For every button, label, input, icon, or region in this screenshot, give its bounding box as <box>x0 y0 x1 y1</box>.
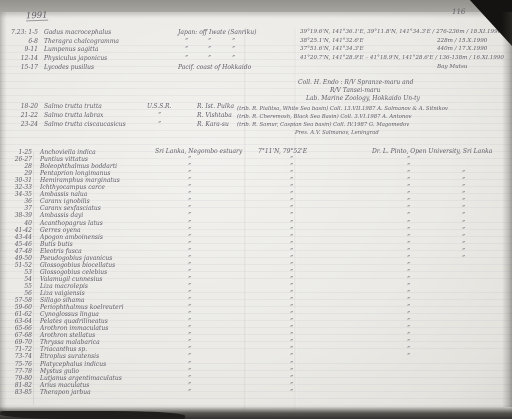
ditto-mark: ” <box>188 361 191 368</box>
ditto-mark: ” <box>188 382 191 389</box>
ditto-mark: ” <box>407 156 410 163</box>
ditto-mark: ” <box>290 212 293 219</box>
species-name: Acanthopagrus latus <box>40 220 103 227</box>
ditto-mark: ” <box>185 46 188 53</box>
annotation-row: (trib. R. Cheremosh, Black Sea Basin) Co… <box>0 114 512 121</box>
presented-by-note: Pres. A.V. Salmanov, Leningrad <box>295 130 379 137</box>
species-name: Liza macrolepis <box>40 283 88 290</box>
depth-date-note: 228m / 15.X.1990 <box>437 38 487 45</box>
register-row: 30-31 Hemiramphus marginatus ” ” ” ” <box>0 177 512 184</box>
year-label: 1991 <box>26 13 48 22</box>
ditto-mark: ” <box>290 255 293 262</box>
ditto-mark: ” <box>188 156 191 163</box>
register-row: 53 Glossogobius celebius ” ” ” <box>0 269 512 276</box>
ditto-mark: ” <box>290 346 293 353</box>
register-row: 6-8 Theragra chalcogramma ” ” ” 38°25.1'… <box>0 38 512 45</box>
ditto-mark: ” <box>290 156 293 163</box>
ditto-mark: ” <box>407 248 410 255</box>
ditto-mark: ” <box>290 234 293 241</box>
register-row: 57-58 Sillago sihama ” ” ” <box>0 297 512 304</box>
ditto-mark: ” <box>407 227 410 234</box>
register-row: 43-44 Apogon amboinensis ” ” ” ” <box>0 234 512 241</box>
ditto-mark: ” <box>188 163 191 170</box>
collection-annotation: (trib. R. Cheremosh, Black Sea Basin) Co… <box>237 114 412 121</box>
register-row: 41-42 Gerres oyena ” ” ” ” <box>0 227 512 234</box>
page-edge-shadow-right <box>502 12 512 407</box>
ditto-mark: ” <box>290 283 293 290</box>
species-name: Ambassis nalua <box>40 191 87 198</box>
catalog-number: 7.23: 1-5 <box>2 29 38 36</box>
ditto-mark: ” <box>188 241 191 248</box>
ditto-mark: ” <box>188 368 191 375</box>
species-name: Butis butis <box>40 241 73 248</box>
ditto-mark: ” <box>188 339 191 346</box>
ditto-mark: ” <box>188 177 191 184</box>
species-name: Apogon amboinensis <box>40 234 103 241</box>
catalog-number: 15-17 <box>2 64 38 71</box>
collector-note-line3: Lab. Marine Zoology, Hokkaido Un-ty <box>306 95 420 102</box>
species-name: Lutjanus argentimaculatus <box>40 375 122 382</box>
species-name: Arius maculatus <box>40 382 89 389</box>
species-name: Mystus gulio <box>40 368 79 375</box>
ditto-mark: ” <box>407 177 410 184</box>
species-name: Valamugil cunnesius <box>40 276 102 283</box>
ditto-mark: ” <box>290 382 293 389</box>
ditto-mark: ” <box>290 318 293 325</box>
register-row: 29 Pentaprion longimanus ” ” ” ” <box>0 170 512 177</box>
register-row: 40 Acanthopagrus latus ” ” ” ” <box>0 220 512 227</box>
ditto-mark: ” <box>290 184 293 191</box>
register-row: 12-14 Physiculus japonicus ” ” ” 41°20.7… <box>0 55 512 62</box>
ditto-mark: ” <box>188 332 191 339</box>
ditto-mark: ” <box>407 332 410 339</box>
species-name: Pseudogobius javanicus <box>40 255 112 262</box>
ditto-mark: ” <box>232 38 235 45</box>
register-row: 67-68 Arothron stellatus ” ” ” <box>0 332 512 339</box>
register-row: 15-17 Lycodes pusillus Pacif. coast of H… <box>0 64 512 71</box>
annotation-row: (trib. R. Pialitsa, White Sea basin) Col… <box>0 106 512 113</box>
register-row: 9-11 Lumpenus sagitta ” ” ” 37°51.6'N, 1… <box>0 46 512 53</box>
register-row: 51-52 Glossogobius biocellatus ” ” ” <box>0 262 512 269</box>
ditto-mark: ” <box>290 177 293 184</box>
register-row: 47-48 Eleotris fusca ” ” ” ” <box>0 248 512 255</box>
ditto-mark: ” <box>462 248 465 255</box>
ditto-mark: ” <box>188 262 191 269</box>
ditto-mark: ” <box>462 184 465 191</box>
ditto-mark: ” <box>188 248 191 255</box>
ditto-mark: ” <box>407 170 410 177</box>
species-name: Etroplus suratensis <box>40 353 99 360</box>
ditto-mark: ” <box>407 290 410 297</box>
ditto-mark: ” <box>407 241 410 248</box>
register-row: 49-50 Pseudogobius javanicus ” ” ” ” <box>0 255 512 262</box>
depth-date-note: Bay Mutsu <box>437 64 467 71</box>
register-row: 32-33 Ichthyocampus carce ” ” ” ” <box>0 184 512 191</box>
ditto-mark: ” <box>232 55 235 62</box>
collector-note-line2: R/V Tansei-maru <box>330 87 380 94</box>
ditto-mark: ” <box>407 205 410 212</box>
ledger-photo: 1991 116 7.23: 1-5 Gadus macrocephalus J… <box>0 0 512 419</box>
species-name: Lycodes pusillus <box>44 64 94 71</box>
ditto-mark: ” <box>188 220 191 227</box>
species-name: Theragra chalcogramma <box>44 38 119 45</box>
register-row: 65-66 Arothron immaculatus ” ” ” <box>0 325 512 332</box>
ditto-mark: ” <box>185 38 188 45</box>
register-row: 63-64 Pelates quadrilineatus ” ” ” <box>0 318 512 325</box>
station-details: 41°20.7'N, 141°28.9'E – 41°18.9'N, 141°2… <box>300 55 504 62</box>
ditto-mark: ” <box>290 304 293 311</box>
ditto-mark: ” <box>407 163 410 170</box>
register-row: 55 Liza macrolepis ” ” ” <box>0 283 512 290</box>
species-name: Sillago sihama <box>40 297 85 304</box>
ditto-mark: ” <box>188 205 191 212</box>
ditto-mark: ” <box>188 227 191 234</box>
ditto-mark: ” <box>462 191 465 198</box>
ditto-mark: ” <box>208 46 211 53</box>
species-name: Thryssa malabarica <box>40 339 100 346</box>
ditto-mark: ” <box>208 55 211 62</box>
ditto-mark: ” <box>407 297 410 304</box>
ditto-mark: ” <box>462 170 465 177</box>
register-row: 59-60 Periophthalmus koelreuteri ” ” ” <box>0 304 512 311</box>
ditto-mark: ” <box>188 318 191 325</box>
collector-note-line1: Coll. H. Endo : R/V Spranze-maru and <box>298 79 413 86</box>
ditto-mark: ” <box>462 227 465 234</box>
ditto-mark: ” <box>290 269 293 276</box>
ditto-mark: ” <box>290 311 293 318</box>
register-row: 26-27 Puntius vittatus ” ” ” <box>0 156 512 163</box>
depth-date-note: 440m / 17.X.1990 <box>437 46 487 53</box>
locality: Japan: off Iwate (Sanriku) <box>178 29 256 36</box>
ditto-mark: ” <box>407 283 410 290</box>
ditto-mark: ” <box>407 346 410 353</box>
ditto-mark: ” <box>188 234 191 241</box>
station-details: 38°25.1'N, 141°32.6'E <box>300 38 364 45</box>
ditto-mark: ” <box>188 304 191 311</box>
ditto-mark: ” <box>407 191 410 198</box>
ditto-mark: ” <box>185 55 188 62</box>
ditto-mark: ” <box>208 38 211 45</box>
register-row: 45-46 Butis butis ” ” ” ” <box>0 241 512 248</box>
species-name: Lumpenus sagitta <box>44 46 98 53</box>
catalog-number: 9-11 <box>2 46 38 53</box>
species-name: Pelates quadrilineatus <box>40 318 108 325</box>
ditto-mark: ” <box>188 269 191 276</box>
catalog-number: 12-14 <box>2 55 38 62</box>
ditto-mark: ” <box>290 353 293 360</box>
ditto-mark: ” <box>290 297 293 304</box>
ditto-mark: ” <box>290 389 293 396</box>
register-row: 54 Valamugil cunnesius ” ” ” <box>0 276 512 283</box>
ditto-mark: ” <box>188 375 191 382</box>
ditto-mark: ” <box>407 325 410 332</box>
register-row: 61-62 Cynoglossus lingua ” ” ” <box>0 311 512 318</box>
register-row: 28 Boleophthalmus boddarti ” ” ” <box>0 163 512 170</box>
ditto-mark: ” <box>290 325 293 332</box>
ditto-mark: ” <box>290 339 293 346</box>
register-row: 7.23: 1-5 Gadus macrocephalus Japan: off… <box>0 29 512 36</box>
ditto-mark: ” <box>290 227 293 234</box>
register-row: 73-74 Etroplus suratensis ” ” ” <box>0 353 512 360</box>
species-name: Eleotris fusca <box>40 248 82 255</box>
ditto-mark: ” <box>290 361 293 368</box>
ditto-mark: ” <box>407 311 410 318</box>
ditto-mark: ” <box>407 234 410 241</box>
register-row: 69-70 Thryssa malabarica ” ” ” <box>0 339 512 346</box>
ditto-mark: ” <box>462 205 465 212</box>
species-name: Glossogobius biocellatus <box>40 262 115 269</box>
register-row: 71-72 Triacanthus sp. ” ” ” <box>0 346 512 353</box>
register-row: 34-35 Ambassis nalua ” ” ” ” <box>0 191 512 198</box>
species-name: Liza vaigiensis <box>40 290 85 297</box>
species-name: Caranx sexfasciatus <box>40 205 101 212</box>
ditto-mark: ” <box>290 290 293 297</box>
ditto-mark: ” <box>188 325 191 332</box>
register-row: 77-78 Mystus gulio ” ” <box>0 368 512 375</box>
ditto-mark: ” <box>407 198 410 205</box>
species-name: Anchoviella indica <box>40 149 96 156</box>
register-row: 83-85 Therapon jarbua ” ” <box>0 389 512 396</box>
species-name: Cynoglossus lingua <box>40 311 99 318</box>
species-name: Platycephalus indicus <box>40 361 106 368</box>
register-row: 37 Caranx sexfasciatus ” ” ” ” <box>0 205 512 212</box>
ditto-mark: ” <box>290 375 293 382</box>
ditto-mark: ” <box>290 332 293 339</box>
ditto-mark: ” <box>407 184 410 191</box>
ditto-mark: ” <box>188 353 191 360</box>
species-name: Caranx ignobilis <box>40 198 90 205</box>
register-row: 38-39 Ambassis dayi ” ” ” ” <box>0 212 512 219</box>
ditto-mark: ” <box>290 198 293 205</box>
ditto-mark: ” <box>188 389 191 396</box>
register-row: 1-25 Anchoviella indica <box>0 149 512 156</box>
ditto-mark: ” <box>407 262 410 269</box>
ditto-mark: ” <box>407 212 410 219</box>
ditto-mark: ” <box>290 170 293 177</box>
register-row: 36 Caranx ignobilis ” ” ” ” <box>0 198 512 205</box>
annotation-row: (trib. R. Samur, Caspian Sea basin) Coll… <box>0 122 512 129</box>
ditto-mark: ” <box>188 255 191 262</box>
ditto-mark: ” <box>290 205 293 212</box>
ditto-mark: ” <box>290 220 293 227</box>
species-name: Gerres oyena <box>40 227 81 234</box>
ditto-mark: ” <box>462 177 465 184</box>
ditto-mark: ” <box>407 269 410 276</box>
ditto-mark: ” <box>462 255 465 262</box>
species-name: Pentaprion longimanus <box>40 170 110 177</box>
ditto-mark: ” <box>462 234 465 241</box>
collection-annotation: (trib. R. Samur, Caspian Sea basin) Coll… <box>237 122 409 129</box>
ditto-mark: ” <box>188 276 191 283</box>
species-name: Ichthyocampus carce <box>40 184 105 191</box>
ditto-mark: ” <box>188 290 191 297</box>
species-name: Physiculus japonicus <box>44 55 107 62</box>
ditto-mark: ” <box>462 198 465 205</box>
ditto-mark: ” <box>188 311 191 318</box>
ditto-mark: ” <box>407 339 410 346</box>
species-name: Puntius vittatus <box>40 156 88 163</box>
ditto-mark: ” <box>188 212 191 219</box>
species-name: Ambassis dayi <box>40 212 83 219</box>
ditto-mark: ” <box>188 184 191 191</box>
station-details: 37°51.6'N, 141°34.3'E <box>300 46 364 53</box>
species-name: Arothron immaculatus <box>40 325 108 332</box>
species-name: Boleophthalmus boddarti <box>40 163 117 170</box>
ditto-mark: ” <box>407 255 410 262</box>
ditto-mark: ” <box>188 297 191 304</box>
ditto-mark: ” <box>232 46 235 53</box>
station-details: 39°19.6'N, 141°36.1'E, 39°11.8'N, 141°34… <box>300 29 501 36</box>
ditto-mark: ” <box>290 191 293 198</box>
ditto-mark: ” <box>290 241 293 248</box>
ditto-mark: ” <box>407 276 410 283</box>
photo-background-bottom-left <box>0 411 185 419</box>
ditto-mark: ” <box>290 163 293 170</box>
ditto-mark: ” <box>290 368 293 375</box>
ditto-mark: ” <box>462 212 465 219</box>
ditto-mark: ” <box>407 304 410 311</box>
register-row: 79-80 Lutjanus argentimaculatus ” ” <box>0 375 512 382</box>
page-number: 116 <box>452 9 465 16</box>
species-name: Gadus macrocephalus <box>44 29 111 36</box>
ditto-mark: ” <box>462 241 465 248</box>
locality: Pacif. coast of Hokkaido <box>178 64 251 71</box>
species-name: Glossogobius celebius <box>40 269 107 276</box>
ditto-mark: ” <box>290 262 293 269</box>
register-row: 56 Liza vaigiensis ” ” ” <box>0 290 512 297</box>
register-row: 81-82 Arius maculatus ” ” <box>0 382 512 389</box>
register-row: 75-76 Platycephalus indicus ” ” <box>0 361 512 368</box>
ditto-mark: ” <box>407 220 410 227</box>
species-name: Therapon jarbua <box>40 389 91 396</box>
ditto-mark: ” <box>407 318 410 325</box>
page-edge-shadow-left <box>0 12 7 419</box>
ditto-mark: ” <box>290 276 293 283</box>
ditto-mark: ” <box>188 283 191 290</box>
ditto-mark: ” <box>188 198 191 205</box>
ditto-mark: ” <box>188 170 191 177</box>
species-name: Arothron stellatus <box>40 332 95 339</box>
ditto-mark: ” <box>290 248 293 255</box>
ditto-mark: ” <box>188 191 191 198</box>
catalog-number: 6-8 <box>2 38 38 45</box>
ditto-mark: ” <box>188 346 191 353</box>
species-name: Periophthalmus koelreuteri <box>40 304 123 311</box>
species-name: Triacanthus sp. <box>40 346 87 353</box>
species-name: Hemiramphus marginatus <box>40 177 120 184</box>
ditto-mark: ” <box>407 353 410 360</box>
ditto-mark: ” <box>462 220 465 227</box>
collection-annotation: (trib. R. Pialitsa, White Sea basin) Col… <box>237 106 448 113</box>
